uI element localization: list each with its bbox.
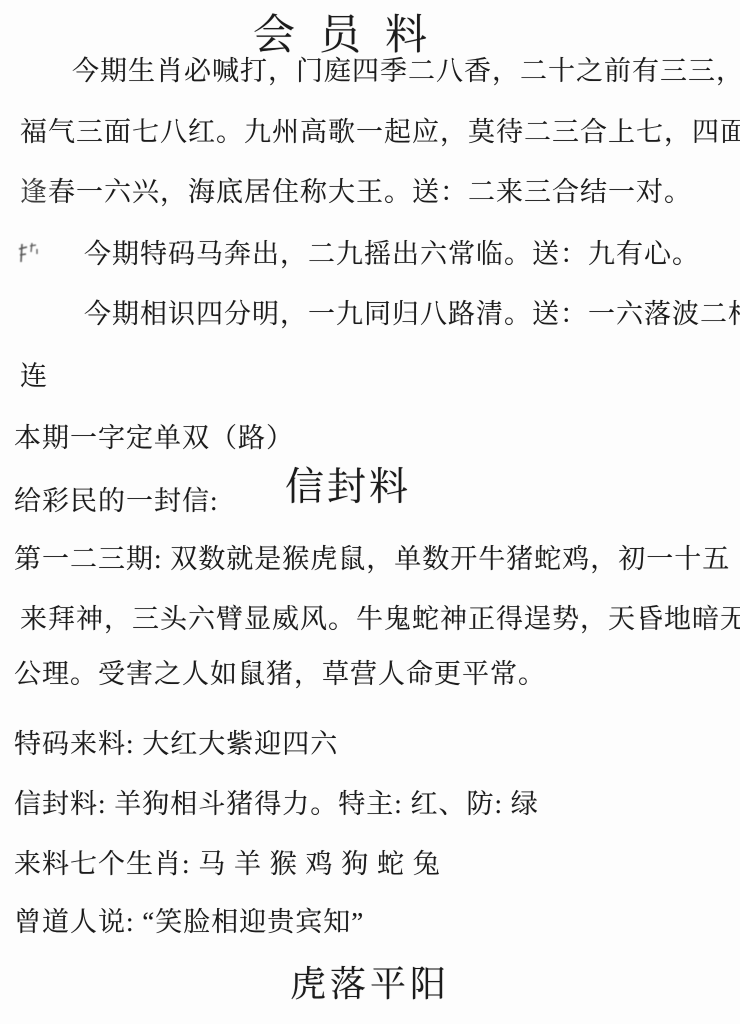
member-section-title: 会员料: [0, 2, 710, 62]
envelope-section-title: 信封料: [285, 456, 411, 512]
member-odd-even-line: 本期一字定单双（路）: [14, 422, 294, 456]
member-para1-line3: 逢春一六兴，海底居住称大王。送：二来三合结一对。: [20, 176, 692, 210]
zodiac-tip-line: 来料七个生肖: 马 羊 猴 鸡 狗 蛇 兔: [14, 848, 441, 882]
member-para3-line1: 今期相识四分明，一九同归八路清。送：一六落波二相: [84, 298, 740, 332]
member-para1-line1: 今期生肖必喊打，门庭四季二八香，二十之前有三三，: [72, 55, 740, 89]
envelope-intro-label: 给彩民的一封信:: [14, 485, 219, 519]
document-page: 会员料 今期生肖必喊打，门庭四季二八香，二十之前有三三， 福气三面七八红。九州高…: [0, 0, 740, 1024]
envelope-para1-line3: 公理。受害之人如鼠猪，草营人命更平常。: [14, 658, 546, 692]
member-para1-line2: 福气三面七八红。九州高歌一起应，莫待二三合上七，四面: [20, 116, 740, 150]
member-para3-line2: 连: [20, 360, 48, 394]
envelope-tip-line: 信封料: 羊狗相斗猪得力。特主: 红、防: 绿: [14, 788, 539, 822]
master-quote-line: 曾道人说: “笑脸相迎贵宾知”: [14, 906, 364, 940]
member-para2-line1: 今期特码马奔出，二九摇出六常临。送：九有心。: [84, 238, 700, 272]
ink-smudge-artifact: [16, 240, 46, 268]
footer-idiom-title: 虎落平阳: [0, 956, 740, 1007]
envelope-para1-line1: 第一二三期: 双数就是猴虎鼠，单数开牛猪蛇鸡，初一十五: [14, 543, 730, 577]
envelope-para1-line2: 来拜神，三头六臂显威风。牛鬼蛇神正得逞势，天昏地暗无: [20, 603, 740, 637]
special-code-tip-line: 特码来料: 大红大紫迎四六: [14, 728, 338, 762]
